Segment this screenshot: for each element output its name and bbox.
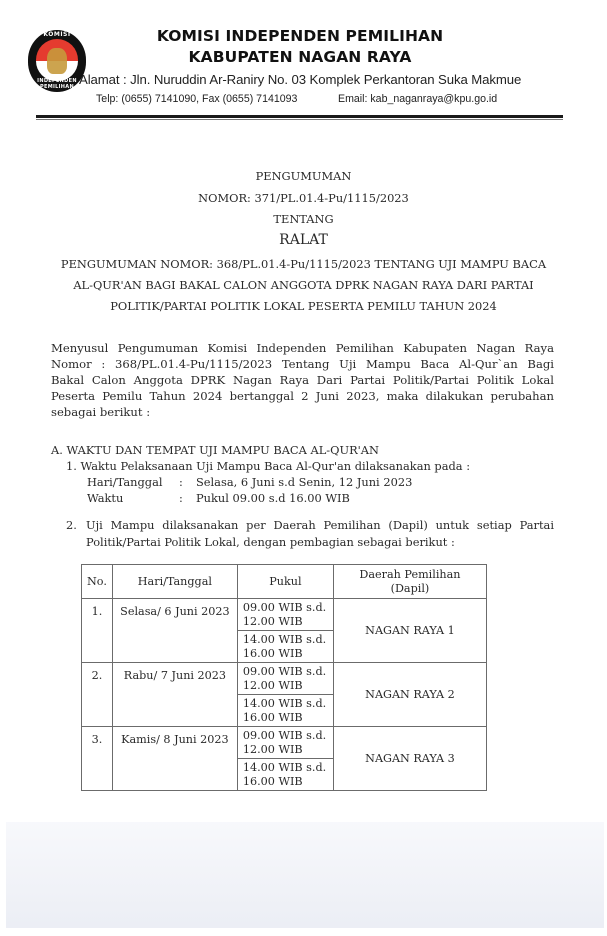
cell-day: Selasa/ 6 Juni 2023 xyxy=(112,599,237,663)
intro-paragraph: Menyusul Pengumuman Komisi Independen Pe… xyxy=(51,340,554,420)
paragraph-line: Bakal Calon Anggota DPRK Nagan Raya Dari… xyxy=(51,372,554,388)
scan-shadow xyxy=(6,822,604,928)
institution-address: Alamat : Jln. Nuruddin Ar-Raniry No. 03 … xyxy=(79,72,521,87)
section-a-title: A. WAKTU DAN TEMPAT UJI MAMPU BACA AL-QU… xyxy=(51,443,379,457)
garuda-emblem-icon xyxy=(47,48,67,74)
table-row: 2. Rabu/ 7 Juni 2023 09.00 WIB s.d.12.00… xyxy=(82,663,487,695)
item-text-line: Politik/Partai Politik Lokal, dengan pem… xyxy=(86,534,554,551)
table-header-row: No. Hari/Tanggal Pukul Daerah Pemilihan … xyxy=(82,565,487,599)
cell-dapil: NAGAN RAYA 1 xyxy=(333,599,486,663)
paragraph-line: Menyusul Pengumuman Komisi Independen Pe… xyxy=(51,340,554,356)
cell-no: 3. xyxy=(82,727,113,791)
institution-email: Email: kab_naganraya@kpu.go.id xyxy=(338,93,497,105)
document-number: NOMOR: 371/PL.01.4-Pu/1115/2023 xyxy=(0,191,607,205)
cell-no: 1. xyxy=(82,599,113,663)
document-subject-line: AL-QUR'AN BAGI BAKAL CALON ANGGOTA DPRK … xyxy=(0,278,607,292)
header-day: Hari/Tanggal xyxy=(112,565,237,599)
field-value-date: Selasa, 6 Juni s.d Senin, 12 Juni 2023 xyxy=(196,475,412,489)
paragraph-line: Nomor : 368/PL.01.4-Pu/1115/2023 Tentang… xyxy=(51,356,554,372)
cell-no: 2. xyxy=(82,663,113,727)
document-title: RALAT xyxy=(0,232,607,248)
field-label-time: Waktu xyxy=(87,491,123,505)
institution-phone-fax: Telp: (0655) 7141090, Fax (0655) 7141093 xyxy=(96,93,297,105)
institution-name: KOMISI INDEPENDEN PEMILIHAN xyxy=(90,27,510,45)
cell-dapil: NAGAN RAYA 3 xyxy=(333,727,486,791)
kip-logo-icon: KOMISI INDEPENDEN PEMILIHAN xyxy=(28,30,86,92)
cell-session: 09.00 WIB s.d.12.00 WIB xyxy=(237,599,333,631)
paragraph-line: Peserta Pemilu Tahun 2024 bertanggal 2 J… xyxy=(51,388,554,404)
section-a-item-1: 1. Waktu Pelaksanaan Uji Mampu Baca Al-Q… xyxy=(66,459,470,473)
field-label-date: Hari/Tanggal xyxy=(87,475,163,489)
section-a-item-2: 2. Uji Mampu dilaksanakan per Daerah Pem… xyxy=(66,517,554,551)
letterhead-divider-thin xyxy=(36,119,563,120)
institution-region: KABUPATEN NAGAN RAYA xyxy=(90,48,510,66)
field-separator: : xyxy=(179,475,183,489)
table-row: 3. Kamis/ 8 Juni 2023 09.00 WIB s.d.12.0… xyxy=(82,727,487,759)
paragraph-line: sebagai berikut : xyxy=(51,404,554,420)
letterhead: KOMISI INDEPENDEN PEMILIHAN KOMISI INDEP… xyxy=(0,0,607,120)
cell-session: 09.00 WIB s.d.12.00 WIB xyxy=(237,727,333,759)
cell-session: 09.00 WIB s.d.12.00 WIB xyxy=(237,663,333,695)
cell-dapil: NAGAN RAYA 2 xyxy=(333,663,486,727)
cell-day: Rabu/ 7 Juni 2023 xyxy=(112,663,237,727)
cell-day: Kamis/ 8 Juni 2023 xyxy=(112,727,237,791)
header-time: Pukul xyxy=(237,565,333,599)
document-about: TENTANG xyxy=(0,212,607,226)
schedule-table: No. Hari/Tanggal Pukul Daerah Pemilihan … xyxy=(81,564,487,791)
item-text-line: Uji Mampu dilaksanakan per Daerah Pemili… xyxy=(86,517,554,534)
cell-session: 14.00 WIB s.d.16.00 WIB xyxy=(237,695,333,727)
logo-top-text: KOMISI xyxy=(28,31,86,38)
field-value-time: Pukul 09.00 s.d 16.00 WIB xyxy=(196,491,350,505)
header-dapil: Daerah Pemilihan (Dapil) xyxy=(333,565,486,599)
item-number: 1. xyxy=(66,459,77,473)
document-type: PENGUMUMAN xyxy=(0,169,607,183)
letterhead-divider xyxy=(36,115,563,118)
cell-session: 14.00 WIB s.d.16.00 WIB xyxy=(237,759,333,791)
document-subject-line: POLITIK/PARTAI POLITIK LOKAL PESERTA PEM… xyxy=(0,299,607,313)
item-number: 2. xyxy=(66,517,77,534)
field-separator: : xyxy=(179,491,183,505)
table-row: 1. Selasa/ 6 Juni 2023 09.00 WIB s.d.12.… xyxy=(82,599,487,631)
header-no: No. xyxy=(82,565,113,599)
cell-session: 14.00 WIB s.d.16.00 WIB xyxy=(237,631,333,663)
item-text: Waktu Pelaksanaan Uji Mampu Baca Al-Qur'… xyxy=(81,459,471,473)
document-subject-line: PENGUMUMAN NOMOR: 368/PL.01.4-Pu/1115/20… xyxy=(0,257,607,271)
logo-bottom-text: INDEPENDEN PEMILIHAN xyxy=(28,78,86,90)
